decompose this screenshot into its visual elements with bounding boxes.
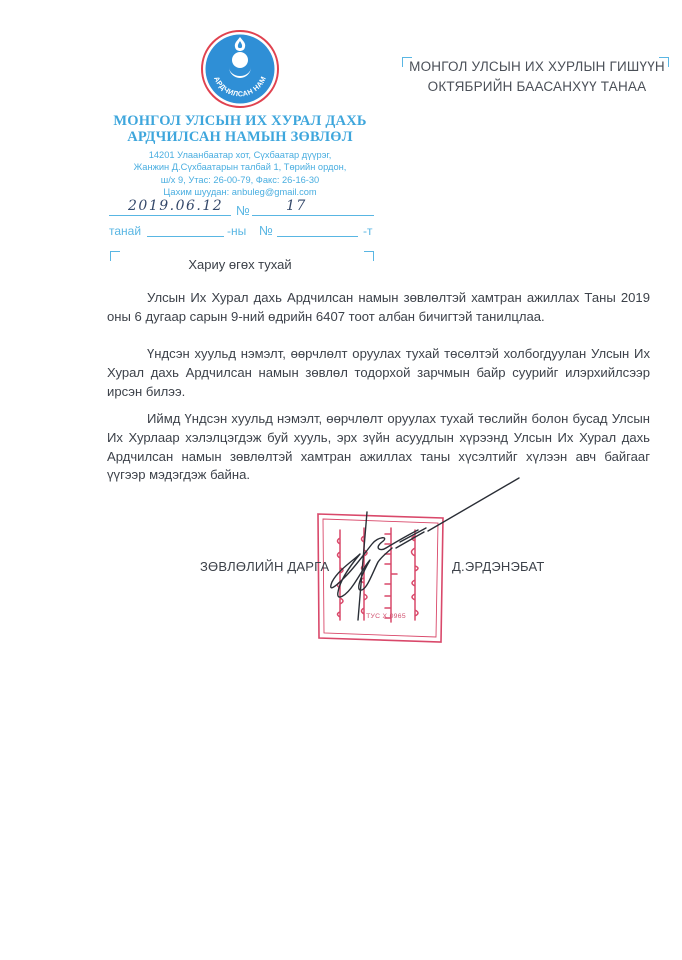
your-number-field bbox=[277, 236, 358, 237]
date-underline bbox=[109, 215, 231, 216]
address-line: ш/х 9, Утас: 26-00-79, Факс: 26-16-30 bbox=[100, 174, 380, 186]
letter-subject: Хариу өгөх тухай bbox=[150, 257, 330, 272]
number-underline bbox=[252, 215, 374, 216]
organization-name-line2: АРДЧИЛСАН НАМЫН ЗӨВЛӨЛ bbox=[100, 129, 380, 145]
number-sign-label: № bbox=[236, 203, 250, 218]
recipient-line1: МОНГОЛ УЛСЫН ИХ ХУРЛЫН ГИШҮҮН bbox=[392, 58, 682, 76]
your-ref-label: танай bbox=[109, 224, 141, 238]
letter-number: 17 bbox=[286, 198, 307, 214]
signatory-name: Д.ЭРДЭНЭБАТ bbox=[452, 559, 544, 574]
contact-email: Цахим шуудан: anbuleg@gmail.com bbox=[100, 186, 380, 198]
stamp-registration-code: ТУС Х 0965 bbox=[356, 613, 416, 620]
your-number-sign: № bbox=[259, 223, 273, 238]
signatory-title: ЗӨВЛӨЛИЙН ДАРГА bbox=[200, 559, 329, 574]
organization-address: 14201 Улаанбаатар хот, Сүхбаатар дүүрэг,… bbox=[100, 149, 380, 199]
body-paragraph-2: Үндсэн хуульд нэмэлт, өөрчлөлт оруулах т… bbox=[107, 345, 650, 401]
bracket-top-left bbox=[110, 251, 120, 261]
party-logo-icon: АРДЧИЛСАН НАМ bbox=[201, 30, 279, 108]
recipient-line2: ОКТЯБРИЙН БААСАНХҮҮ ТАНАА bbox=[392, 78, 682, 96]
your-number-suffix: -т bbox=[363, 224, 373, 238]
address-line: Жанжин Д.Сүхбаатарын талбай 1, Төрийн ор… bbox=[100, 161, 380, 173]
organization-name-line1: МОНГОЛ УЛСЫН ИХ ХУРАЛ ДАХЬ bbox=[100, 113, 380, 129]
your-date-field bbox=[147, 236, 224, 237]
bracket-top-right bbox=[364, 251, 374, 261]
body-paragraph-1: Улсын Их Хурал дахь Ардчилсан намын зөвл… bbox=[107, 289, 650, 327]
address-line: 14201 Улаанбаатар хот, Сүхбаатар дүүрэг, bbox=[100, 149, 380, 161]
your-ref-suffix: -ны bbox=[227, 224, 246, 238]
letter-date: 2019.06.12 bbox=[128, 198, 223, 214]
